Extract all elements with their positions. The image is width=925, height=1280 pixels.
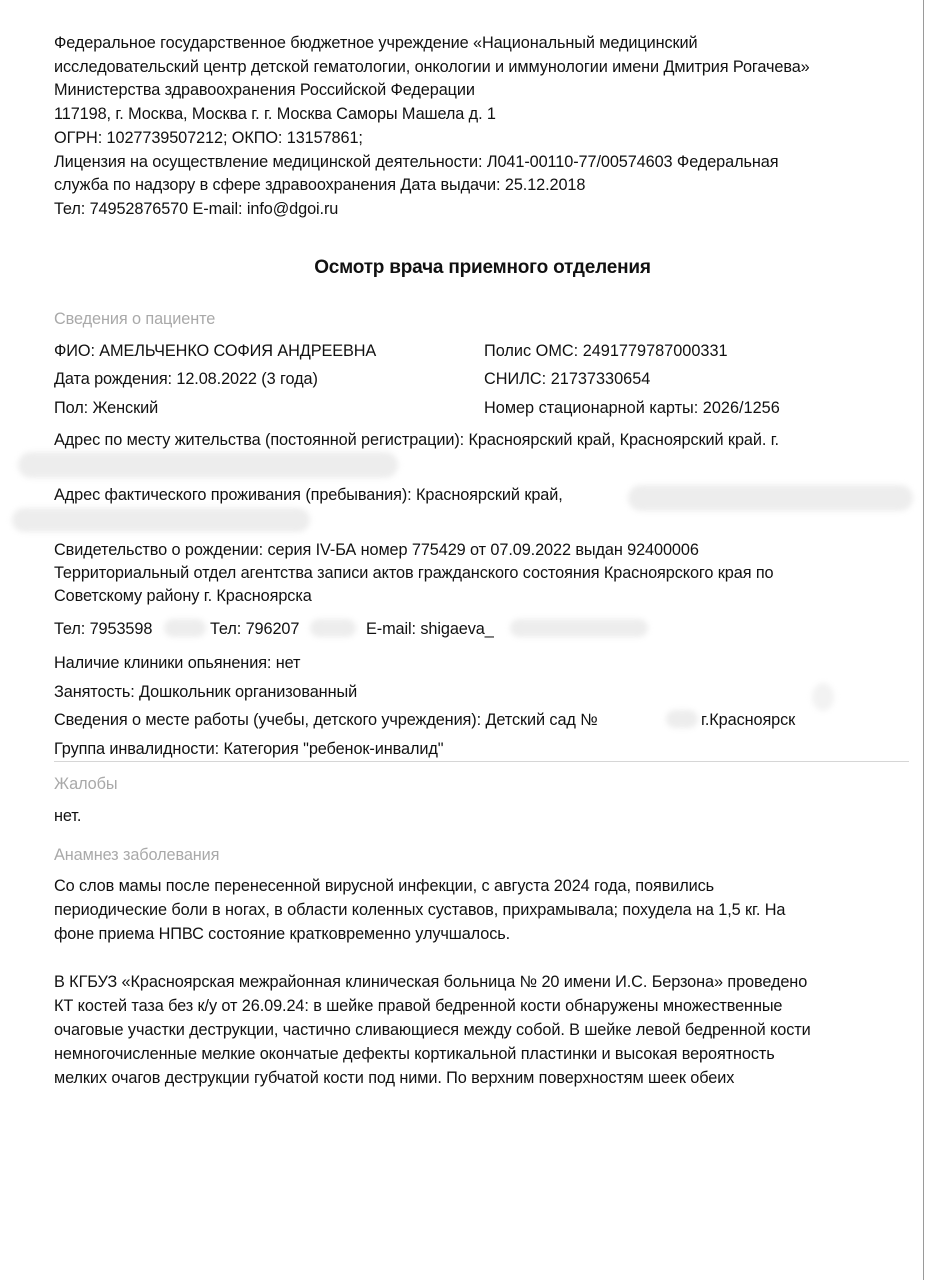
redaction-blur — [12, 508, 310, 532]
anamnesis-line: КТ костей таза без к/у от 26.09.24: в ше… — [54, 995, 782, 1017]
patient-reg-address: Адрес по месту жительства (постоянной ре… — [54, 429, 779, 451]
redaction-blur — [164, 619, 206, 637]
anamnesis-line: фоне приема НПВС состояние кратковременн… — [54, 923, 510, 945]
document-title: Осмотр врача приемного отделения — [0, 257, 925, 279]
header-line: Федеральное государственное бюджетное уч… — [54, 32, 698, 54]
redaction-blur — [310, 619, 356, 637]
patient-oms: Полис ОМС: 2491779787000331 — [484, 340, 728, 362]
header-line: ОГРН: 1027739507212; ОКПО: 13157861; — [54, 127, 363, 149]
patient-sex: Пол: Женский — [54, 397, 158, 419]
header-line: Министерства здравоохранения Российской … — [54, 79, 475, 101]
page-edge — [923, 0, 924, 1280]
header-line: 117198, г. Москва, Москва г. г. Москва С… — [54, 103, 496, 125]
anamnesis-line: мелких очагов деструкции губчатой кости … — [54, 1067, 734, 1089]
patient-phone-2: Тел: 796207 — [210, 618, 299, 640]
redaction-blur — [628, 485, 913, 511]
patient-intoxication: Наличие клиники опьянения: нет — [54, 652, 300, 674]
header-line: исследовательский центр детской гематоло… — [54, 56, 810, 78]
anamnesis-line: очаговые участки деструкции, частично сл… — [54, 1019, 811, 1041]
section-label-anamnesis: Анамнез заболевания — [54, 844, 219, 866]
header-line: Лицензия на осуществление медицинской де… — [54, 151, 778, 173]
patient-fact-address: Адрес фактического проживания (пребывани… — [54, 484, 563, 506]
complaints-text: нет. — [54, 805, 81, 827]
patient-employment: Занятость: Дошкольник организованный — [54, 681, 357, 703]
patient-disability: Группа инвалидности: Категория "ребенок-… — [54, 738, 443, 760]
anamnesis-line: немногочисленные мелкие окончатые дефект… — [54, 1043, 775, 1065]
redaction-blur — [18, 452, 398, 478]
anamnesis-line: Со слов мамы после перенесенной вирусной… — [54, 875, 714, 897]
patient-snils: СНИЛС: 21737330654 — [484, 368, 650, 390]
birth-cert-line: Свидетельство о рождении: серия IV-БА но… — [54, 539, 699, 561]
header-line: служба по надзору в сфере здравоохранени… — [54, 174, 585, 196]
redaction-blur — [666, 710, 698, 728]
patient-birth: Дата рождения: 12.08.2022 (3 года) — [54, 368, 318, 390]
anamnesis-line: периодические боли в ногах, в области ко… — [54, 899, 785, 921]
patient-workplace: Сведения о месте работы (учебы, детского… — [54, 709, 598, 731]
redaction-blur — [510, 619, 648, 637]
patient-fio: ФИО: АМЕЛЬЧЕНКО СОФИЯ АНДРЕЕВНА — [54, 340, 376, 362]
birth-cert-line: Советскому району г. Красноярска — [54, 585, 312, 607]
patient-card: Номер стационарной карты: 2026/1256 — [484, 397, 780, 419]
patient-email: E-mail: shigaeva_ — [366, 618, 494, 640]
header-line: Тел: 74952876570 E-mail: info@dgoi.ru — [54, 198, 338, 220]
patient-workplace-city: г.Красноярск — [701, 709, 795, 731]
section-divider — [54, 761, 909, 762]
birth-cert-line: Территориальный отдел агентства записи а… — [54, 562, 774, 584]
section-label-complaints: Жалобы — [54, 773, 117, 795]
section-label-patient: Сведения о пациенте — [54, 308, 215, 330]
anamnesis-line: В КГБУЗ «Красноярская межрайонная клинич… — [54, 971, 807, 993]
smudge — [812, 683, 834, 711]
patient-phone-1: Тел: 7953598 — [54, 618, 152, 640]
